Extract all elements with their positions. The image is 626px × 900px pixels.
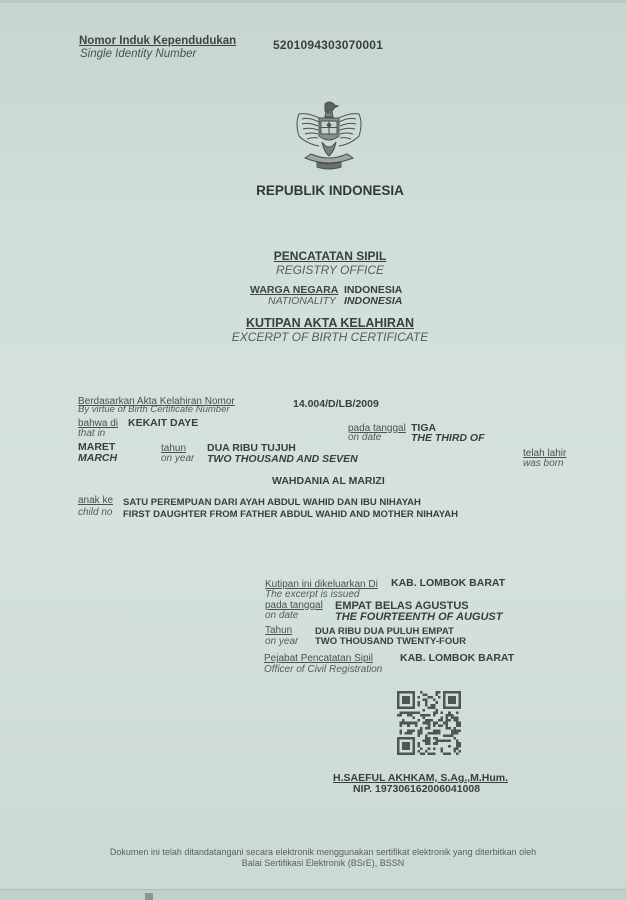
issue-date-label-en: on date bbox=[265, 610, 298, 621]
issue-year-label: Tahun bbox=[265, 625, 292, 636]
place-label-en: that in bbox=[78, 428, 105, 439]
citizenship-value-en: INDONESIA bbox=[344, 295, 402, 307]
issued-at-label-en: The excerpt is issued bbox=[265, 589, 360, 600]
paper-top-edge bbox=[0, 0, 626, 3]
citizenship-label-en: NATIONALITY bbox=[268, 295, 336, 307]
nik-label: Nomor Induk Kependudukan bbox=[79, 35, 236, 47]
paper-bottom-edge bbox=[0, 889, 626, 900]
clip-mark bbox=[145, 893, 153, 900]
nik-label-en: Single Identity Number bbox=[80, 48, 196, 60]
child-name: WAHDANIA AL MARIZI bbox=[272, 475, 385, 487]
country-title: REPUBLIK INDONESIA bbox=[0, 183, 626, 198]
officer-value: KAB. LOMBOK BARAT bbox=[400, 652, 514, 664]
birth-month-value-en: MARCH bbox=[78, 452, 117, 464]
issued-at-value: KAB. LOMBOK BARAT bbox=[391, 577, 505, 589]
child-no-value-en: FIRST DAUGHTER FROM FATHER ABDUL WAHID A… bbox=[123, 509, 458, 520]
cert-no-value: 14.004/D/LB/2009 bbox=[293, 398, 379, 410]
officer-label: Pejabat Pencatatan Sipil bbox=[264, 653, 373, 664]
office-title-en: REGISTRY OFFICE bbox=[0, 263, 626, 277]
garuda-emblem-icon bbox=[289, 98, 369, 178]
birth-date-value-en: THE THIRD OF bbox=[411, 432, 485, 444]
officer-label-en: Officer of Civil Registration bbox=[264, 664, 382, 675]
child-no-value: SATU PEREMPUAN DARI AYAH ABDUL WAHID DAN… bbox=[123, 497, 421, 508]
footer-line-1: Dokumen ini telah ditandatangani secara … bbox=[110, 847, 536, 857]
footer-line-2: Balai Sertifikasi Elektronik (BSrE), BSS… bbox=[242, 858, 405, 868]
electronic-signature-note: Dokumen ini telah ditandatangani secara … bbox=[0, 847, 626, 869]
cert-no-label-en: By virtue of Birth Certificate Number bbox=[78, 404, 230, 415]
signer-nip: NIP. 197306162006041008 bbox=[353, 783, 480, 795]
office-title: PENCATATAN SIPIL bbox=[0, 249, 626, 263]
issue-year-value-en: TWO THOUSAND TWENTY-FOUR bbox=[315, 636, 466, 647]
place-value: KEKAIT DAYE bbox=[128, 417, 198, 429]
issue-date-value-en: THE FOURTEENTH OF AUGUST bbox=[335, 611, 502, 623]
birth-year-label-en: on year bbox=[161, 453, 194, 464]
child-no-label-en: child no bbox=[78, 507, 112, 518]
issue-year-label-en: on year bbox=[265, 636, 298, 647]
born-label-en: was born bbox=[523, 458, 564, 469]
birth-date-label-en: on date bbox=[348, 432, 381, 443]
child-no-label: anak ke bbox=[78, 495, 113, 506]
birth-year-value-en: TWO THOUSAND AND SEVEN bbox=[207, 453, 358, 465]
qr-code-icon bbox=[397, 691, 461, 755]
document-title: KUTIPAN AKTA KELAHIRAN bbox=[0, 316, 626, 330]
document-title-en: EXCERPT OF BIRTH CERTIFICATE bbox=[0, 330, 626, 344]
nik-value: 5201094303070001 bbox=[273, 38, 383, 52]
